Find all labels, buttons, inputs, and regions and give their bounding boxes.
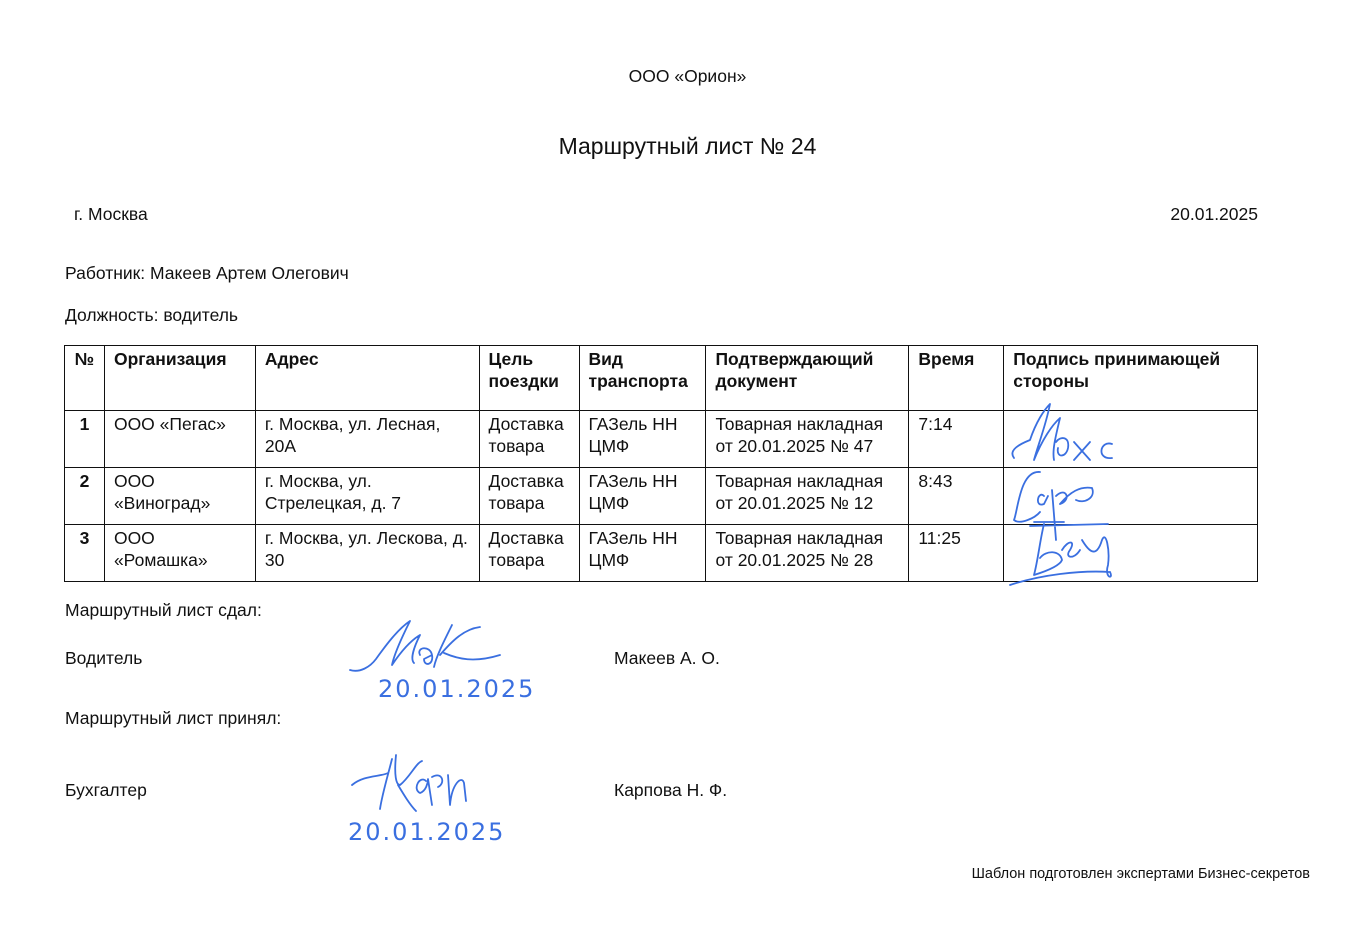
header-transport: Вид транспорта — [579, 346, 706, 411]
handed-over-label: Маршрутный лист сдал: — [65, 600, 262, 621]
row-document: Товарная накладная от 20.01.2025 № 47 — [706, 411, 909, 468]
driver-sign-date: 20.01.2025 — [378, 675, 535, 703]
worker-line: Работник: Макеев Артем Олегович — [65, 263, 349, 284]
row-transport: ГАЗель НН ЦМФ — [579, 525, 706, 582]
row-organization: ООО «Ромашка» — [104, 525, 255, 582]
row-purpose: Доставка товара — [479, 468, 579, 525]
header-document: Подтверждающий документ — [706, 346, 909, 411]
driver-role: Водитель — [65, 648, 142, 669]
row-purpose: Доставка товара — [479, 525, 579, 582]
accountant-sign-date: 20.01.2025 — [348, 818, 505, 846]
row-document: Товарная накладная от 20.01.2025 № 28 — [706, 525, 909, 582]
header-organization: Организация — [104, 346, 255, 411]
position-line: Должность: водитель — [65, 305, 238, 326]
template-footer: Шаблон подготовлен экспертами Бизнес-сек… — [972, 866, 1310, 882]
row-address: г. Москва, ул. Лескова, д. 30 — [255, 525, 479, 582]
row-num: 2 — [65, 468, 105, 525]
header-time: Время — [909, 346, 1004, 411]
row-transport: ГАЗель НН ЦМФ — [579, 411, 706, 468]
recipient-signatures — [1000, 400, 1140, 595]
row-num: 1 — [65, 411, 105, 468]
header-address: Адрес — [255, 346, 479, 411]
city: г. Москва — [74, 204, 148, 225]
driver-name: Макеев А. О. — [614, 648, 720, 669]
row-organization: ООО «Пегас» — [104, 411, 255, 468]
row-transport: ГАЗель НН ЦМФ — [579, 468, 706, 525]
header-num: № — [65, 346, 105, 411]
accountant-name: Карпова Н. Ф. — [614, 780, 727, 801]
document-title: Маршрутный лист № 24 — [0, 133, 1360, 160]
accountant-role: Бухгалтер — [65, 780, 147, 801]
row-document: Товарная накладная от 20.01.2025 № 12 — [706, 468, 909, 525]
row-purpose: Доставка товара — [479, 411, 579, 468]
row-time: 11:25 — [909, 525, 1004, 582]
header-purpose: Цель поездки — [479, 346, 579, 411]
row-time: 8:43 — [909, 468, 1004, 525]
row-address: г. Москва, ул. Лесная, 20А — [255, 411, 479, 468]
accountant-signature: 20.01.2025 — [340, 745, 520, 850]
accepted-label: Маршрутный лист принял: — [65, 708, 281, 729]
row-organization: ООО «Виноград» — [104, 468, 255, 525]
driver-signature: 20.01.2025 — [340, 615, 540, 710]
organization-name: ООО «Орион» — [0, 66, 1360, 87]
row-address: г. Москва, ул. Стрелецкая, д. 7 — [255, 468, 479, 525]
row-num: 3 — [65, 525, 105, 582]
row-time: 7:14 — [909, 411, 1004, 468]
document-date: 20.01.2025 — [1170, 204, 1258, 225]
